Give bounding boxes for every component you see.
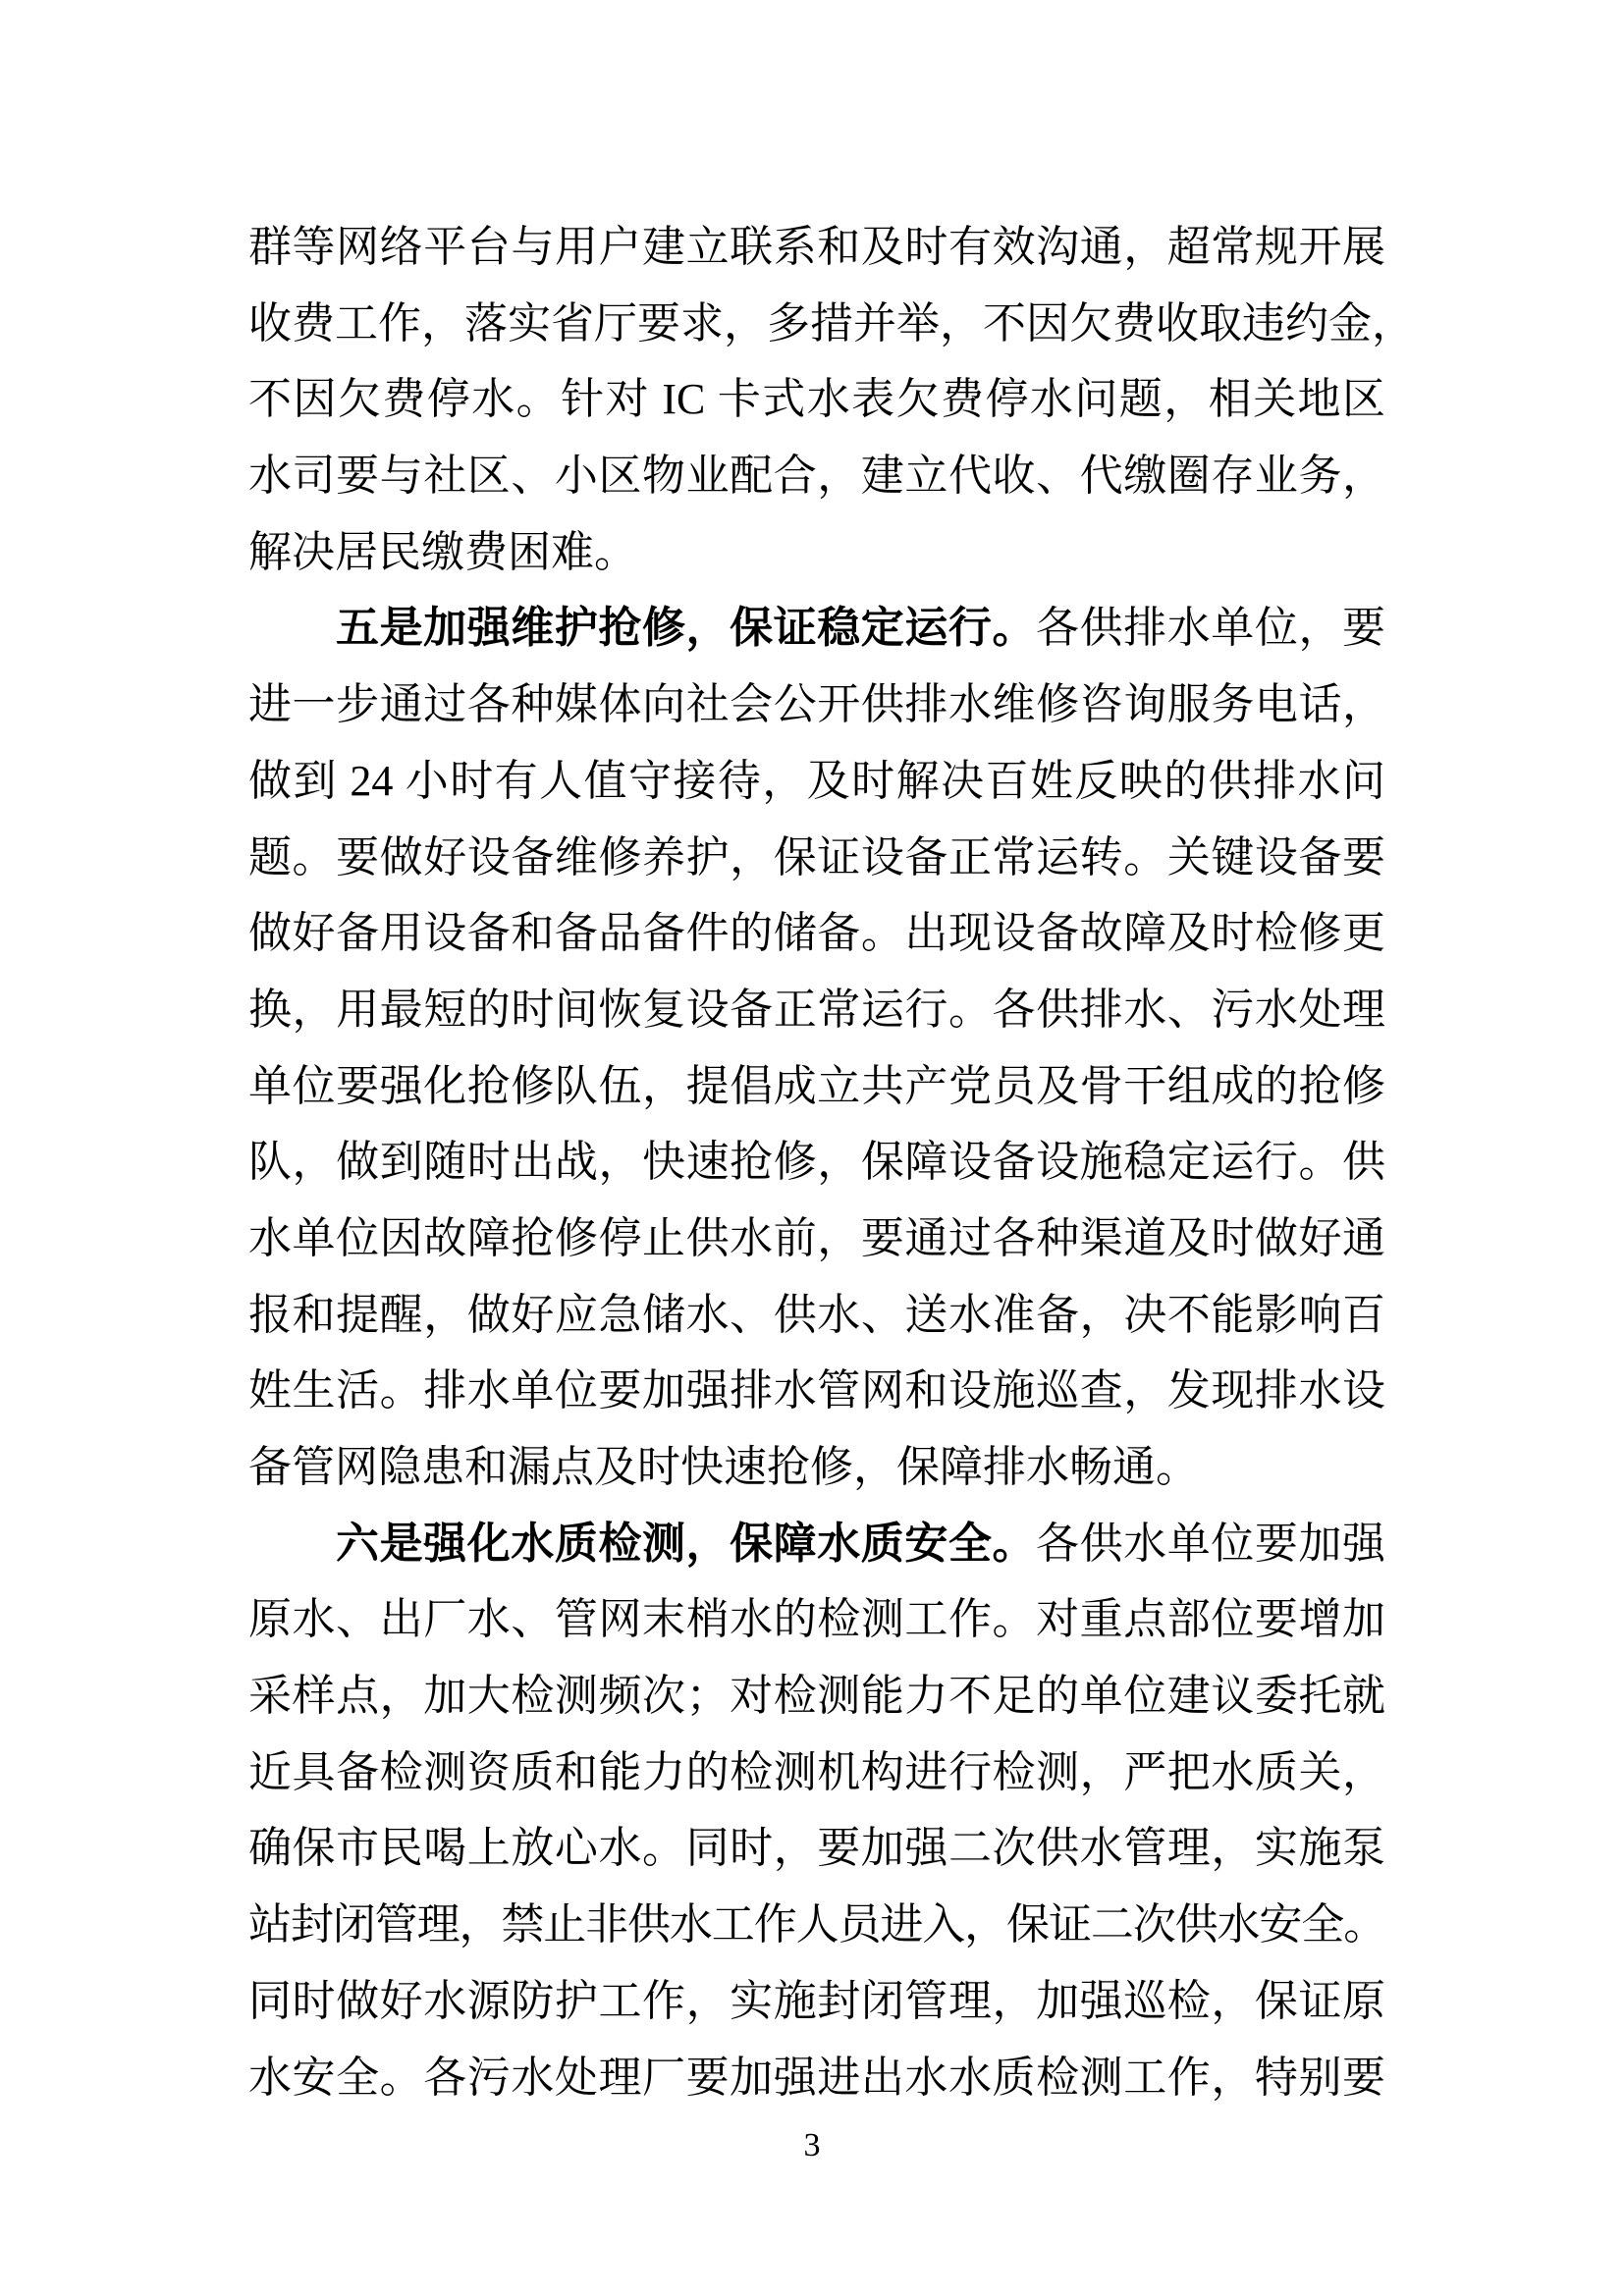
text-line: 五是加强维护抢修，保证稳定运行。各供排水单位，要 — [248, 590, 1385, 667]
text-line: 备管网隐患和漏点及时快速抢修，保障排水畅通。 — [248, 1429, 1385, 1506]
document-page: 群等网络平台与用户建立联系和及时有效沟通，超常规开展收费工作，落实省厅要求，多措… — [0, 0, 1624, 2296]
text-segment: 进一步通过各种媒体向社会公开供排水维修咨询服务电话， — [248, 680, 1385, 728]
text-line: 原水、出厂水、管网末梢水的检测工作。对重点部位要增加 — [248, 1581, 1385, 1658]
text-segment: 收费工作，落实省厅要求，多措并举，不因欠费收取违约金， — [248, 299, 1415, 347]
text-line: 做到 24 小时有人值守接待，及时解决百姓反映的供排水问 — [248, 743, 1385, 820]
text-segment: 备管网隐患和漏点及时快速抢修，保障排水畅通。 — [248, 1443, 1199, 1491]
text-line: 进一步通过各种媒体向社会公开供排水维修咨询服务电话， — [248, 667, 1385, 743]
text-segment: 题。要做好设备维修养护，保证设备正常运转。关键设备要 — [248, 833, 1385, 881]
text-segment: 解决居民缴费困难。 — [248, 528, 637, 576]
text-segment: 不因欠费停水。针对 IC 卡式水表欠费停水问题，相关地区 — [248, 375, 1385, 423]
text-segment: 原水、出厂水、管网末梢水的检测工作。对重点部位要增加 — [248, 1595, 1385, 1643]
text-segment: 做到 24 小时有人值守接待，及时解决百姓反映的供排水问 — [248, 757, 1385, 805]
text-line: 报和提醒，做好应急储水、供水、送水准备，决不能影响百 — [248, 1277, 1385, 1354]
text-segment: 近具备检测资质和能力的检测机构进行检测，严把水质关， — [248, 1748, 1385, 1796]
text-line: 确保市民喝上放心水。同时，要加强二次供水管理，实施泵 — [248, 1810, 1385, 1887]
text-line: 不因欠费停水。针对 IC 卡式水表欠费停水问题，相关地区 — [248, 361, 1385, 438]
text-segment: 群等网络平台与用户建立联系和及时有效沟通，超常规开展 — [248, 223, 1385, 271]
text-segment: 各供水单位要加强 — [1036, 1520, 1385, 1568]
text-line: 群等网络平台与用户建立联系和及时有效沟通，超常规开展 — [248, 209, 1385, 286]
text-segment: 水司要与社区、小区物业配合，建立代收、代缴圈存业务， — [248, 452, 1385, 500]
text-segment: 站封闭管理，禁止非供水工作人员进入，保证二次供水安全。 — [248, 1900, 1385, 1949]
text-segment: 确保市民喝上放心水。同时，要加强二次供水管理，实施泵 — [248, 1824, 1385, 1872]
text-line: 解决居民缴费困难。 — [248, 514, 1385, 591]
text-line: 水单位因故障抢修停止供水前，要通过各种渠道及时做好通 — [248, 1201, 1385, 1277]
text-segment: 各供排水单位，要 — [1036, 604, 1385, 652]
text-segment: 做好备用设备和备品备件的储备。出现设备故障及时检修更 — [248, 909, 1385, 957]
text-line: 水司要与社区、小区物业配合，建立代收、代缴圈存业务， — [248, 438, 1385, 514]
text-segment: 采样点，加大检测频次；对检测能力不足的单位建议委托就 — [248, 1672, 1385, 1720]
page-number: 3 — [0, 2122, 1624, 2169]
text-segment: 队，做到随时出战，快速抢修，保障设备设施稳定运行。供 — [248, 1138, 1385, 1186]
text-segment: 水安全。各污水处理厂要加强进出水水质检测工作，特别要 — [248, 2054, 1385, 2102]
text-line: 六是强化水质检测，保障水质安全。各供水单位要加强 — [248, 1506, 1385, 1582]
text-segment: 换，用最短的时间恢复设备正常运行。各供排水、污水处理 — [248, 986, 1385, 1034]
text-line: 题。要做好设备维修养护，保证设备正常运转。关键设备要 — [248, 820, 1385, 896]
text-segment: 同时做好水源防护工作，实施封闭管理，加强巡检，保证原 — [248, 1977, 1385, 2025]
text-segment: 单位要强化抢修队伍，提倡成立共产党员及骨干组成的抢修 — [248, 1062, 1385, 1110]
text-line: 水安全。各污水处理厂要加强进出水水质检测工作，特别要 — [248, 2040, 1385, 2116]
text-line: 站封闭管理，禁止非供水工作人员进入，保证二次供水安全。 — [248, 1887, 1385, 1963]
text-line: 姓生活。排水单位要加强排水管网和设施巡查，发现排水设 — [248, 1353, 1385, 1429]
text-block: 群等网络平台与用户建立联系和及时有效沟通，超常规开展收费工作，落实省厅要求，多措… — [248, 209, 1385, 2115]
text-segment: 水单位因故障抢修停止供水前，要通过各种渠道及时做好通 — [248, 1214, 1385, 1262]
text-line: 换，用最短的时间恢复设备正常运行。各供排水、污水处理 — [248, 972, 1385, 1048]
text-line: 收费工作，落实省厅要求，多措并举，不因欠费收取违约金， — [248, 286, 1385, 362]
bold-heading-segment: 五是加强维护抢修，保证稳定运行。 — [336, 604, 1036, 652]
text-segment: 报和提醒，做好应急储水、供水、送水准备，决不能影响百 — [248, 1291, 1385, 1339]
text-line: 做好备用设备和备品备件的储备。出现设备故障及时检修更 — [248, 895, 1385, 972]
text-segment: 姓生活。排水单位要加强排水管网和设施巡查，发现排水设 — [248, 1366, 1385, 1415]
bold-heading-segment: 六是强化水质检测，保障水质安全。 — [336, 1520, 1036, 1568]
text-line: 近具备检测资质和能力的检测机构进行检测，严把水质关， — [248, 1735, 1385, 1811]
text-line: 同时做好水源防护工作，实施封闭管理，加强巡检，保证原 — [248, 1963, 1385, 2040]
text-line: 队，做到随时出战，快速抢修，保障设备设施稳定运行。供 — [248, 1124, 1385, 1201]
text-line: 单位要强化抢修队伍，提倡成立共产党员及骨干组成的抢修 — [248, 1048, 1385, 1125]
text-line: 采样点，加大检测频次；对检测能力不足的单位建议委托就 — [248, 1658, 1385, 1735]
